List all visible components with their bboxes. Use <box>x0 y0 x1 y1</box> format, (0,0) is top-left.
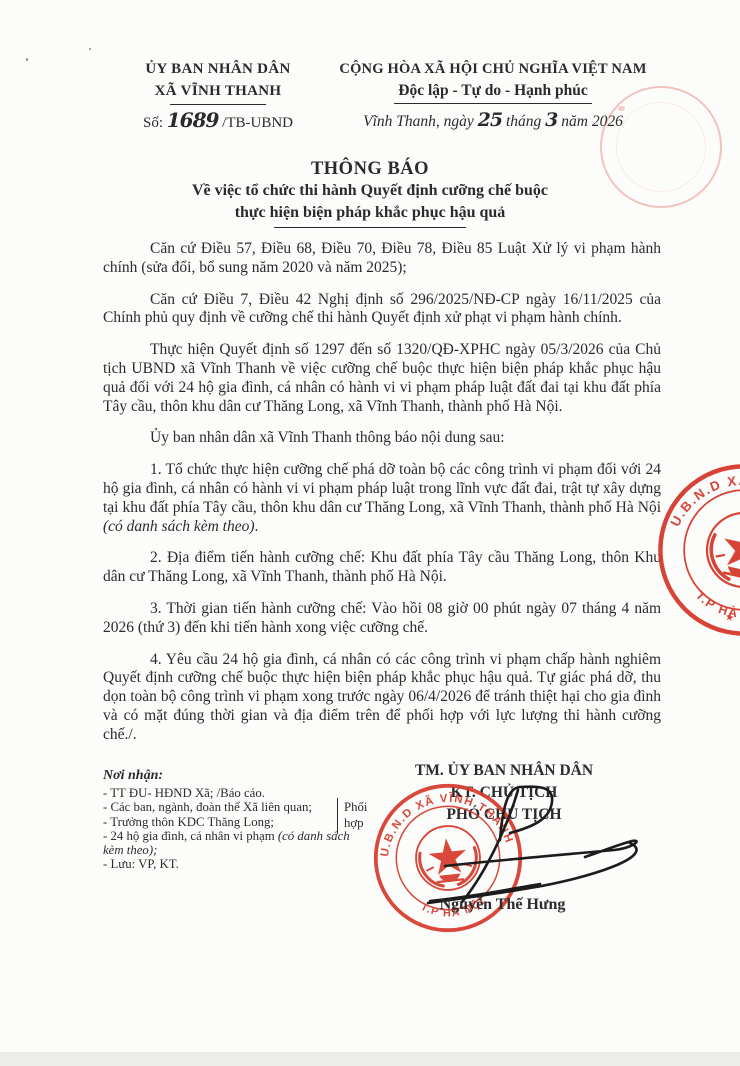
document-title-block: THÔNG BÁO Về việc tổ chức thi hành Quyết… <box>0 158 740 228</box>
item1-text: 1. Tổ chức thực hiện cưỡng chế phá dỡ to… <box>103 461 661 516</box>
issuing-authority-line2: XÃ VĨNH THANH <box>112 80 324 102</box>
header-left-rule <box>170 104 266 105</box>
svg-text:T.P HÀ NỘI: T.P HÀ NỘI <box>690 587 740 628</box>
date-day-handwritten: 25 <box>478 109 502 131</box>
paragraph-legal-basis-2: Căn cứ Điều 7, Điều 42 Nghị định số 296/… <box>103 291 661 329</box>
scan-edge-shadow <box>0 1052 740 1066</box>
document-title: THÔNG BÁO <box>0 158 740 180</box>
signer-name: Nguyễn Thế Hưng <box>395 896 610 914</box>
paragraph-announcement-lead: Ủy ban nhân dân xã Vĩnh Thanh thông báo … <box>103 429 661 448</box>
national-motto-block: CỘNG HÒA XÃ HỘI CHỦ NGHĨA VIỆT NAM Độc l… <box>318 58 668 133</box>
document-body: Căn cứ Điều 57, Điều 68, Điều 70, Điều 7… <box>103 240 661 758</box>
paragraph-item-1: 1. Tổ chức thực hiện cưỡng chế phá dỡ to… <box>103 461 661 536</box>
recipients-brace <box>337 798 338 834</box>
place-date-line: Vĩnh Thanh, ngày 25 tháng 3 năm 2026 <box>318 109 668 133</box>
date-month-handwritten: 3 <box>545 109 557 131</box>
document-number: Số: 1689 /TB-UBND <box>112 109 324 134</box>
paragraph-legal-basis-1: Căn cứ Điều 57, Điều 68, Điều 70, Điều 7… <box>103 240 661 278</box>
scan-speck <box>26 58 28 61</box>
paragraph-item-2: 2. Địa điểm tiến hành cưỡng chế: Khu đất… <box>103 549 661 587</box>
stamp-ring-text-top: U.B.N.D XÃ VĨNH THANH <box>667 458 740 560</box>
handwritten-signature <box>390 778 670 913</box>
recipient-item: - TT ĐU- HĐND Xã; /Báo cáo. <box>103 786 371 800</box>
recipients-heading: Nơi nhận: <box>103 768 371 784</box>
document-number-prefix: Số: <box>143 115 163 131</box>
stamp-star-mark: ★ <box>724 612 736 625</box>
recipient-item: - 24 hộ gia đình, cá nhân vi phạm (có da… <box>103 829 353 858</box>
item1-period: . <box>255 518 259 535</box>
item1-attachment-note: (có danh sách kèm theo) <box>103 518 255 535</box>
brace-label-line1: Phối <box>344 799 367 815</box>
recipient-item4-text: - 24 hộ gia đình, cá nhân vi phạm <box>103 829 278 843</box>
recipient-item: - Lưu: VP, KT. <box>103 857 371 871</box>
title-rule <box>274 227 466 228</box>
document-subtitle-line2: thực hiện biện pháp khắc phục hậu quả <box>0 202 740 224</box>
scan-speck <box>89 48 91 50</box>
paragraph-item-4: 4. Yêu cầu 24 hộ gia đình, cá nhân có cá… <box>103 651 661 745</box>
national-motto: Độc lập - Tự do - Hạnh phúc <box>394 80 591 104</box>
brace-label-line2: hợp <box>344 815 367 831</box>
issuing-authority-line1: ỦY BAN NHÂN DÂN <box>112 58 324 80</box>
date-prefix: Vĩnh Thanh, ngày <box>363 113 474 130</box>
national-title: CỘNG HÒA XÃ HỘI CHỦ NGHĨA VIỆT NAM <box>318 58 668 80</box>
document-subtitle-line1: Về việc tổ chức thi hành Quyết định cưỡn… <box>0 180 740 202</box>
date-suffix: năm 2026 <box>561 113 623 130</box>
paragraph-decision-reference: Thực hiện Quyết định số 1297 đến số 1320… <box>103 341 661 416</box>
issuing-authority-block: ỦY BAN NHÂN DÂN XÃ VĨNH THANH Số: 1689 /… <box>112 58 324 134</box>
recipient-item: - Trưởng thôn KDC Thăng Long; <box>103 815 371 829</box>
stamp-ring-text-bottom: T.P HÀ NỘI <box>690 587 740 628</box>
document-number-handwritten: 1689 <box>167 108 219 132</box>
recipients-block: Nơi nhận: - TT ĐU- HĐND Xã; /Báo cáo. - … <box>103 768 371 872</box>
svg-text:U.B.N.D XÃ VĨNH THANH: U.B.N.D XÃ VĨNH THANH <box>667 458 740 560</box>
national-emblem-icon <box>700 506 740 594</box>
recipients-brace-label: Phối hợp <box>344 799 367 831</box>
date-mid: tháng <box>506 113 541 130</box>
scanned-official-document: ỦY BAN NHÂN DÂN XÃ VĨNH THANH Số: 1689 /… <box>0 0 740 1066</box>
recipient-item: - Các ban, ngành, đoàn thể Xã liên quan; <box>103 800 371 814</box>
paragraph-item-3: 3. Thời gian tiến hành cưỡng chế: Vào hồ… <box>103 600 661 638</box>
document-number-suffix: /TB-UBND <box>222 115 293 131</box>
